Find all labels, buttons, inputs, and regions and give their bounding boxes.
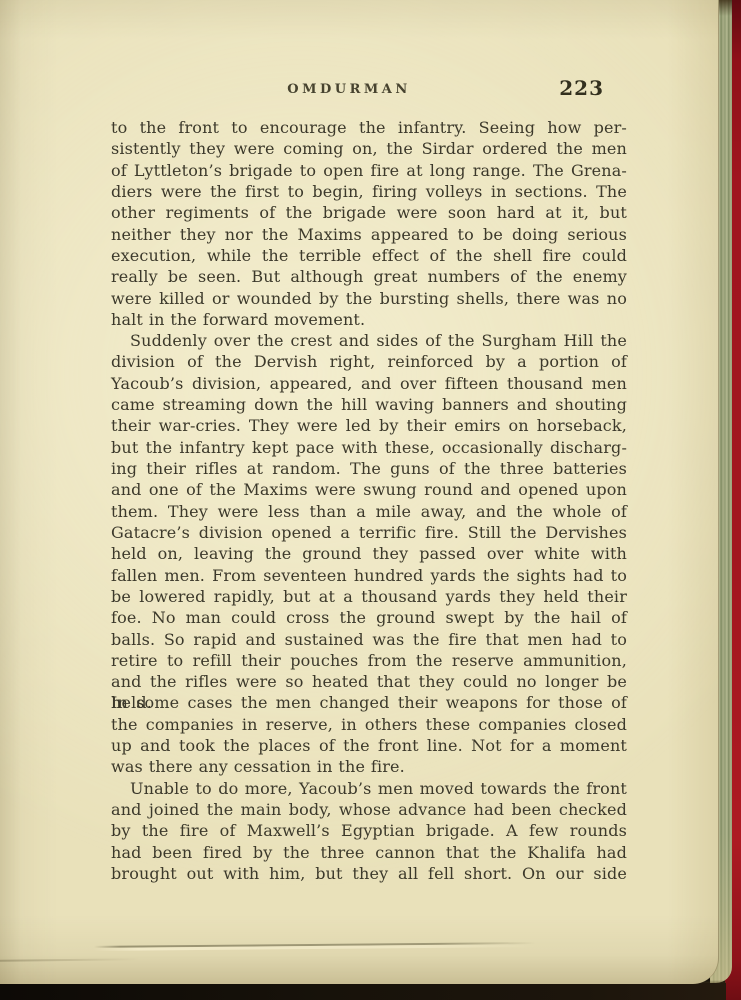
- text-line: of Lyttleton’s brigade to open fire at l…: [111, 160, 627, 181]
- book-scan: OMDURMAN 223 to the front to encourage t…: [0, 0, 741, 1000]
- text-line: foe. No man could cross the ground swept…: [111, 607, 627, 628]
- page-header: OMDURMAN 223: [111, 79, 627, 101]
- text-line: were killed or wounded by the bursting s…: [111, 288, 627, 309]
- page-text: to the front to encourage the infantry. …: [111, 117, 627, 884]
- text-line: division of the Dervish right, reinforce…: [111, 351, 627, 372]
- text-line: Suddenly over the crest and sides of the…: [111, 330, 627, 351]
- text-line: fallen men. From seventeen hundred yards…: [111, 565, 627, 586]
- text-line: diers were the first to begin, firing vo…: [111, 181, 627, 202]
- text-line: In some cases the men changed their weap…: [111, 692, 627, 713]
- text-line: balls. So rapid and sustained was the fi…: [111, 629, 627, 650]
- text-line: Yacoub’s division, appeared, and over fi…: [111, 373, 627, 394]
- text-line: other regiments of the brigade were soon…: [111, 202, 627, 223]
- text-line: had been fired by the three cannon that …: [111, 842, 627, 863]
- text-line: sistently they were coming on, the Sirda…: [111, 138, 627, 159]
- text-line: to the front to encourage the infantry. …: [111, 117, 627, 138]
- text-line: halt in the forward movement.: [111, 309, 627, 330]
- text-line: the companies in reserve, in others thes…: [111, 714, 627, 735]
- text-line: Unable to do more, Yacoub’s men moved to…: [111, 778, 627, 799]
- page-number: 223: [559, 76, 604, 100]
- text-line: held on, leaving the ground they passed …: [111, 543, 627, 564]
- text-line: but the infantry kept pace with these, o…: [111, 437, 627, 458]
- text-line: was there any cessation in the fire.: [111, 756, 627, 777]
- text-line: by the fire of Maxwell’s Egyptian brigad…: [111, 820, 627, 841]
- underlying-page-edge-left: [0, 958, 140, 961]
- text-line: them. They were less than a mile away, a…: [111, 501, 627, 522]
- text-line: brought out with him, but they all fell …: [111, 863, 627, 884]
- underlying-page-edge: [94, 942, 536, 948]
- text-line: Gatacre’s division opened a terrific fir…: [111, 522, 627, 543]
- bottom-book-shadow: [0, 983, 726, 1000]
- text-line: neither they nor the Maxims appeared to …: [111, 224, 627, 245]
- text-line: retire to refill their pouches from the …: [111, 650, 627, 671]
- book-page: OMDURMAN 223 to the front to encourage t…: [0, 0, 719, 984]
- text-line: up and took the places of the front line…: [111, 735, 627, 756]
- text-line: execution, while the terrible effect of …: [111, 245, 627, 266]
- text-line: and one of the Maxims were swung round a…: [111, 479, 627, 500]
- text-line: and joined the main body, whose advance …: [111, 799, 627, 820]
- running-title: OMDURMAN: [111, 82, 587, 97]
- text-line: be lowered rapidly, but at a thousand ya…: [111, 586, 627, 607]
- text-line: and the rifles were so heated that they …: [111, 671, 627, 692]
- text-line: really be seen. But although great numbe…: [111, 266, 627, 287]
- text-line: ing their rifles at random. The guns of …: [111, 458, 627, 479]
- text-line: their war-cries. They were led by their …: [111, 415, 627, 436]
- text-line: came streaming down the hill waving bann…: [111, 394, 627, 415]
